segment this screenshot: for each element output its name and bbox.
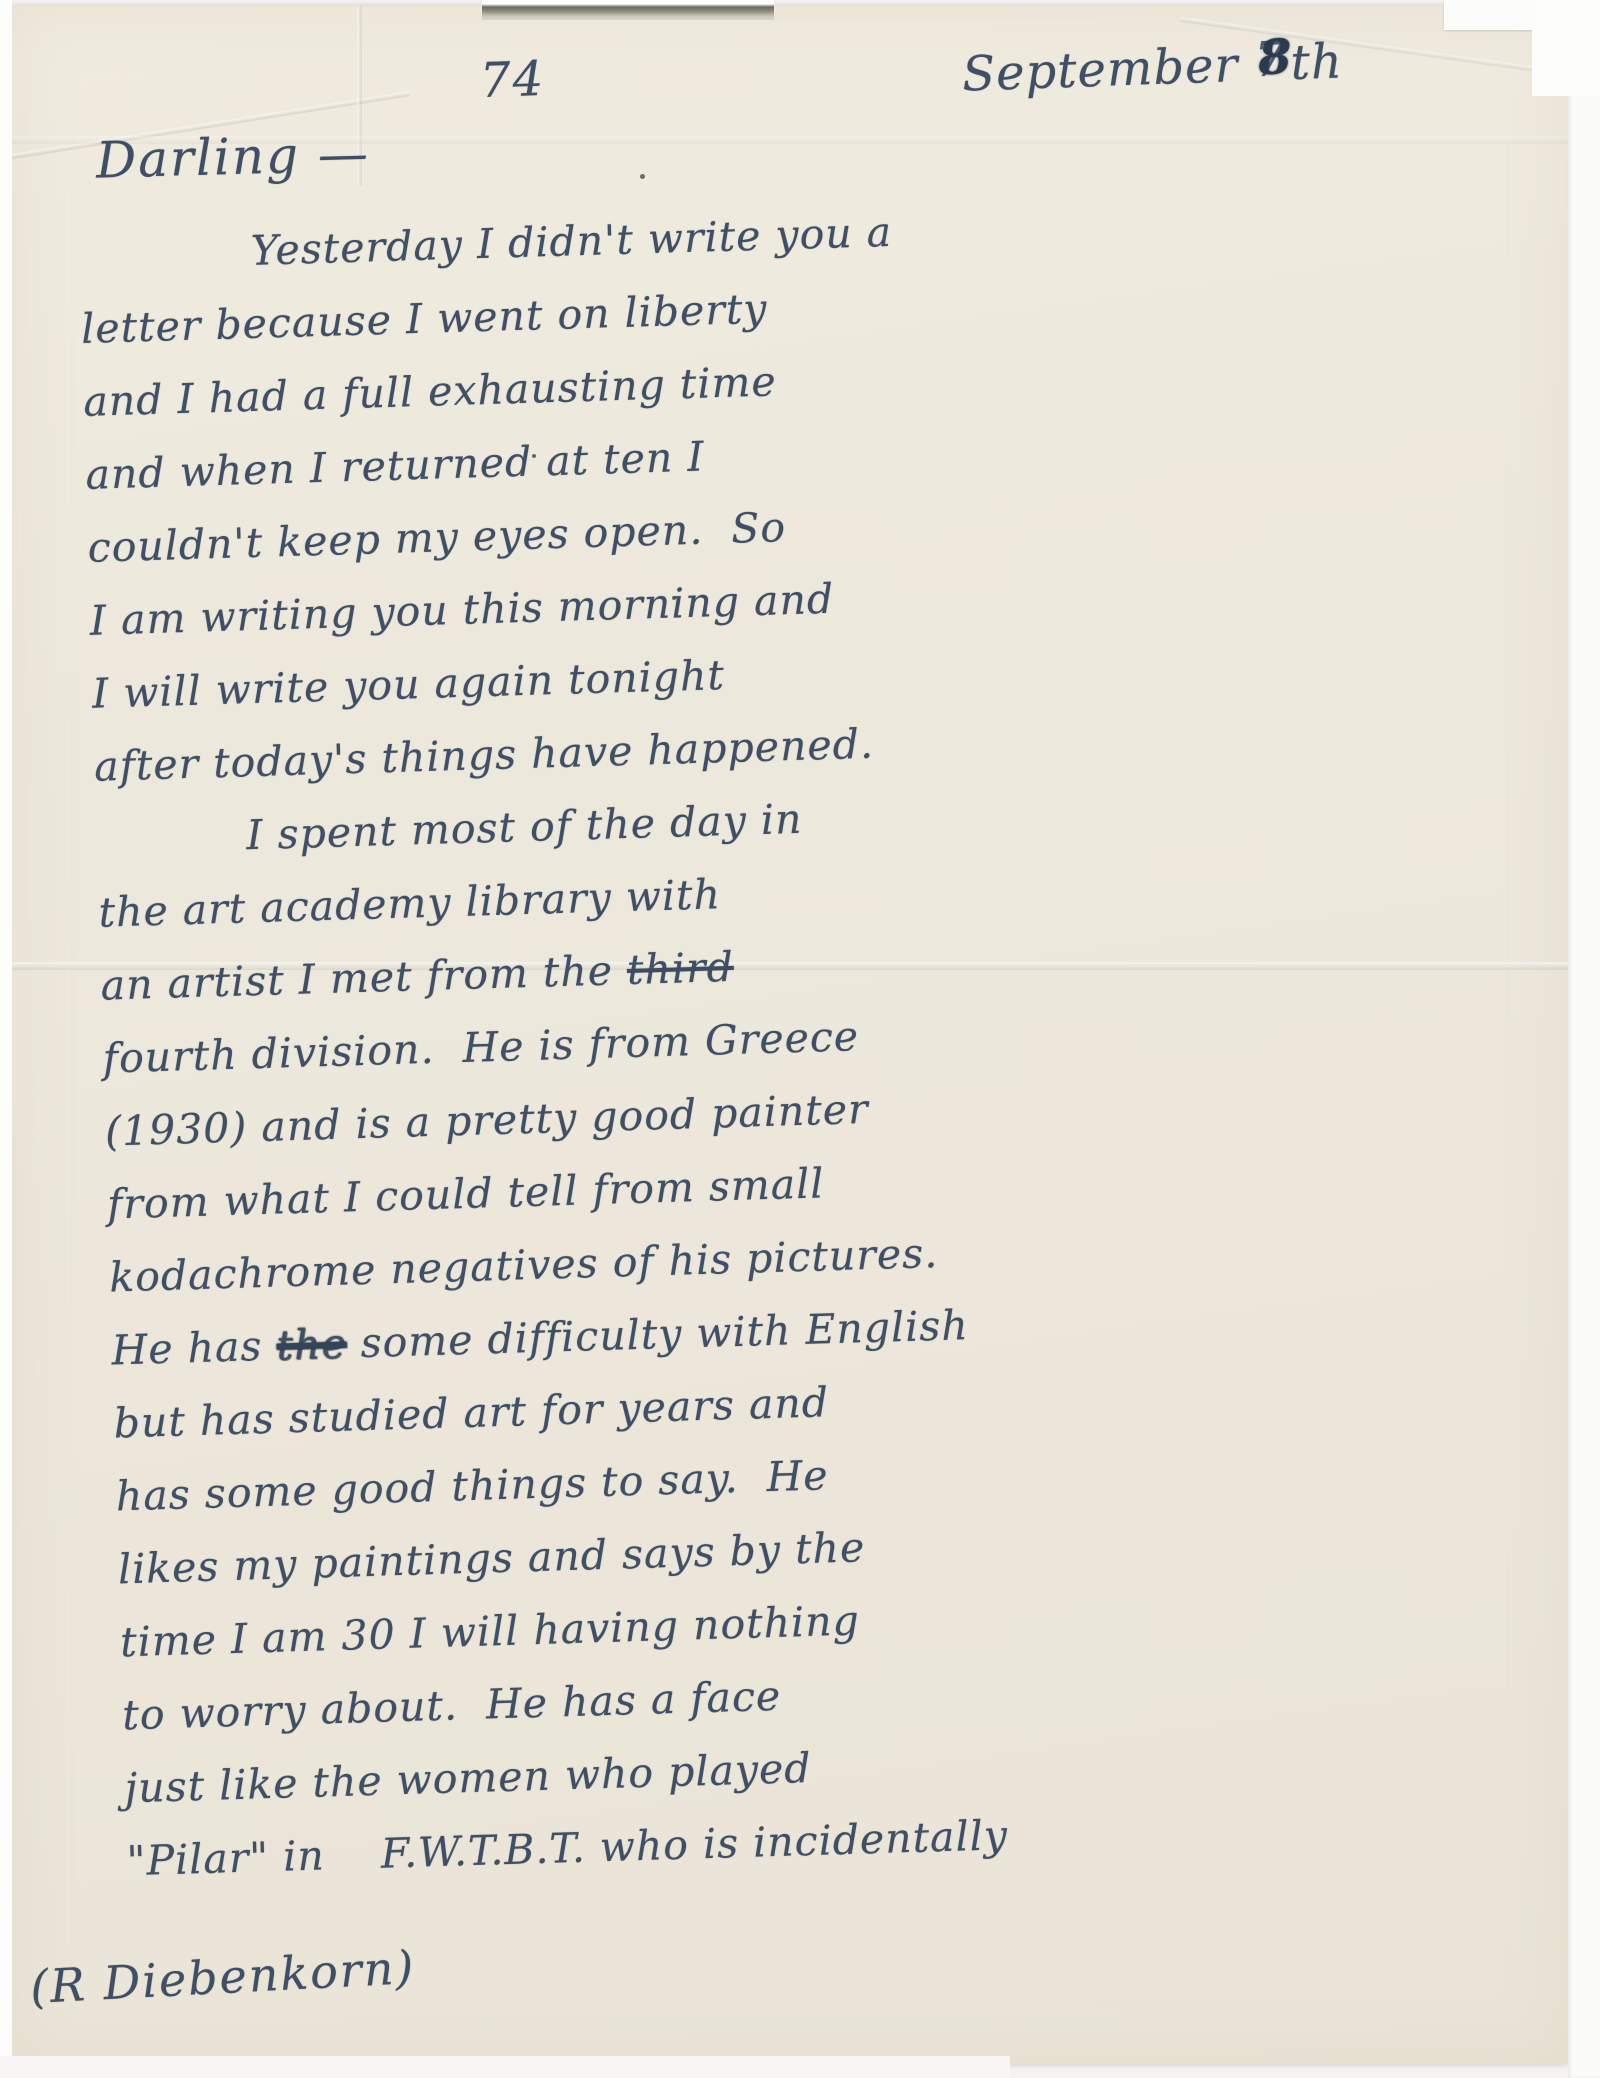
letter-paper: 74 September 78th Darling — Yesterday I … xyxy=(12,6,1568,2064)
salutation: Darling — xyxy=(95,124,370,189)
page-number: 74 xyxy=(479,51,546,109)
line-segment: He has xyxy=(111,1322,277,1375)
line-segment: an artist I met from the xyxy=(100,946,628,1010)
backing-patch-top-right xyxy=(1444,0,1540,30)
ink-speck xyxy=(672,596,676,600)
scanner-backing-left xyxy=(0,0,12,2078)
backing-patch-corner xyxy=(1532,0,1600,96)
struck-word-the: the xyxy=(276,1320,348,1370)
letter-body: Yesterday I didn't write you a letter be… xyxy=(78,177,1577,1898)
tape-strip-top xyxy=(482,0,774,20)
ink-speck xyxy=(640,174,645,179)
ink-speck xyxy=(532,454,536,458)
scanner-backing-right xyxy=(1568,0,1600,2078)
signature: (R Diebenkorn) xyxy=(29,1940,417,2014)
line-segment: some difficulty with English xyxy=(346,1301,969,1367)
date-line: September 78th xyxy=(961,29,1344,102)
date-month: September xyxy=(961,36,1255,102)
date-suffix: th xyxy=(1290,33,1344,91)
letter-scan: 74 September 78th Darling — Yesterday I … xyxy=(0,0,1600,2078)
date-day-overwritten: 78 xyxy=(1253,31,1291,80)
struck-word-third: third xyxy=(626,943,734,994)
scanner-backing-bottom xyxy=(0,2056,1010,2078)
